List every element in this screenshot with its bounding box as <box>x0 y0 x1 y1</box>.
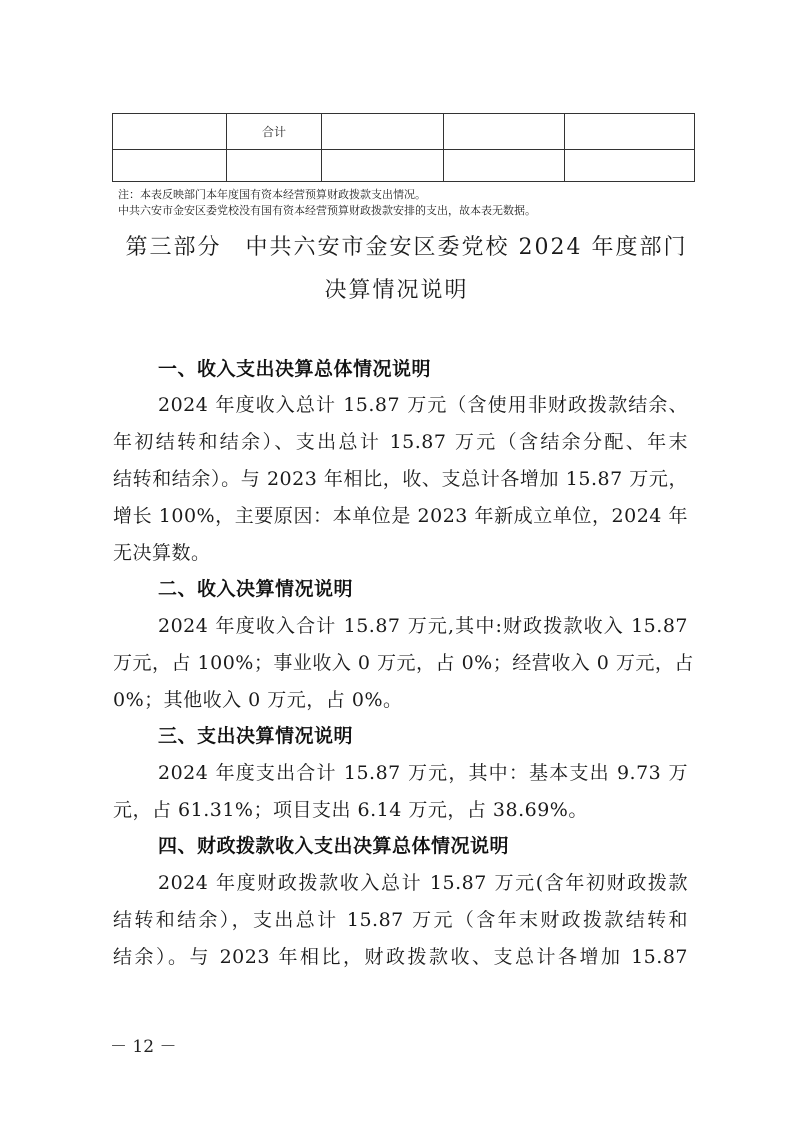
section-heading-1: 一、收入支出决算总体情况说明 <box>158 354 431 381</box>
document-page: 合计 注：本表反映部门本年度国有资本经营预算财政拨款支出情况。 中共六安市金安区… <box>0 0 793 1122</box>
paragraph-line: 结余）。与 2023 年相比，财政拨款收、支总计各增加 15.87 <box>113 942 688 969</box>
table-cell <box>227 150 322 182</box>
paragraph-line: 元，占 61.31%；项目支出 6.14 万元，占 38.69%。 <box>113 795 688 822</box>
table-cell <box>444 150 565 182</box>
table-cell <box>565 150 695 182</box>
page-number: － 12 － <box>110 1032 176 1057</box>
paragraph-line: 2024 年度支出合计 15.87 万元，其中：基本支出 9.73 万 <box>158 758 688 785</box>
table-cell <box>565 114 695 150</box>
paragraph-line: 2024 年度收入合计 15.87 万元,其中:财政拨款收入 15.87 <box>158 611 688 638</box>
paragraph-line: 2024 年度财政拨款收入总计 15.87 万元(含年初财政拨款 <box>158 868 688 895</box>
table-cell <box>113 114 227 150</box>
part-title-line-2: 决算情况说明 <box>0 273 793 304</box>
paragraph-line: 结转和结余），支出总计 15.87 万元（含年末财政拨款结转和 <box>113 905 688 932</box>
paragraph-line: 增长 100%，主要原因：本单位是 2023 年新成立单位，2024 年 <box>113 501 688 528</box>
paragraph-line: 万元，占 100%；事业收入 0 万元，占 0%；经营收入 0 万元，占 <box>113 648 688 675</box>
table-cell <box>113 150 227 182</box>
table-note: 注：本表反映部门本年度国有资本经营预算财政拨款支出情况。 <box>118 186 426 202</box>
section-heading-3: 三、支出决算情况说明 <box>158 721 353 748</box>
table-cell-total-label: 合计 <box>227 114 322 150</box>
table-row-total: 合计 <box>113 114 695 150</box>
table-cell <box>322 150 444 182</box>
table-note-no-data: 中共六安市金安区委党校没有国有资本经营预算财政拨款安排的支出，故本表无数据。 <box>118 202 536 218</box>
part-title-line-1: 第三部分 中共六安市金安区委党校 2024 年度部门 <box>10 230 793 261</box>
paragraph-line: 2024 年度收入总计 15.87 万元（含使用非财政拨款结余、 <box>158 390 688 417</box>
state-capital-budget-table: 合计 <box>112 113 695 182</box>
section-heading-4: 四、财政拨款收入支出决算总体情况说明 <box>158 831 509 858</box>
table-cell <box>322 114 444 150</box>
table-row-empty <box>113 150 695 182</box>
paragraph-line: 0%；其他收入 0 万元，占 0%。 <box>113 685 688 712</box>
section-heading-2: 二、收入决算情况说明 <box>158 574 353 601</box>
table-cell <box>444 114 565 150</box>
paragraph-line: 年初结转和结余）、支出总计 15.87 万元（含结余分配、年末 <box>113 427 688 454</box>
paragraph-line: 结转和结余）。与 2023 年相比，收、支总计各增加 15.87 万元， <box>113 464 688 491</box>
paragraph-line: 无决算数。 <box>113 538 688 565</box>
